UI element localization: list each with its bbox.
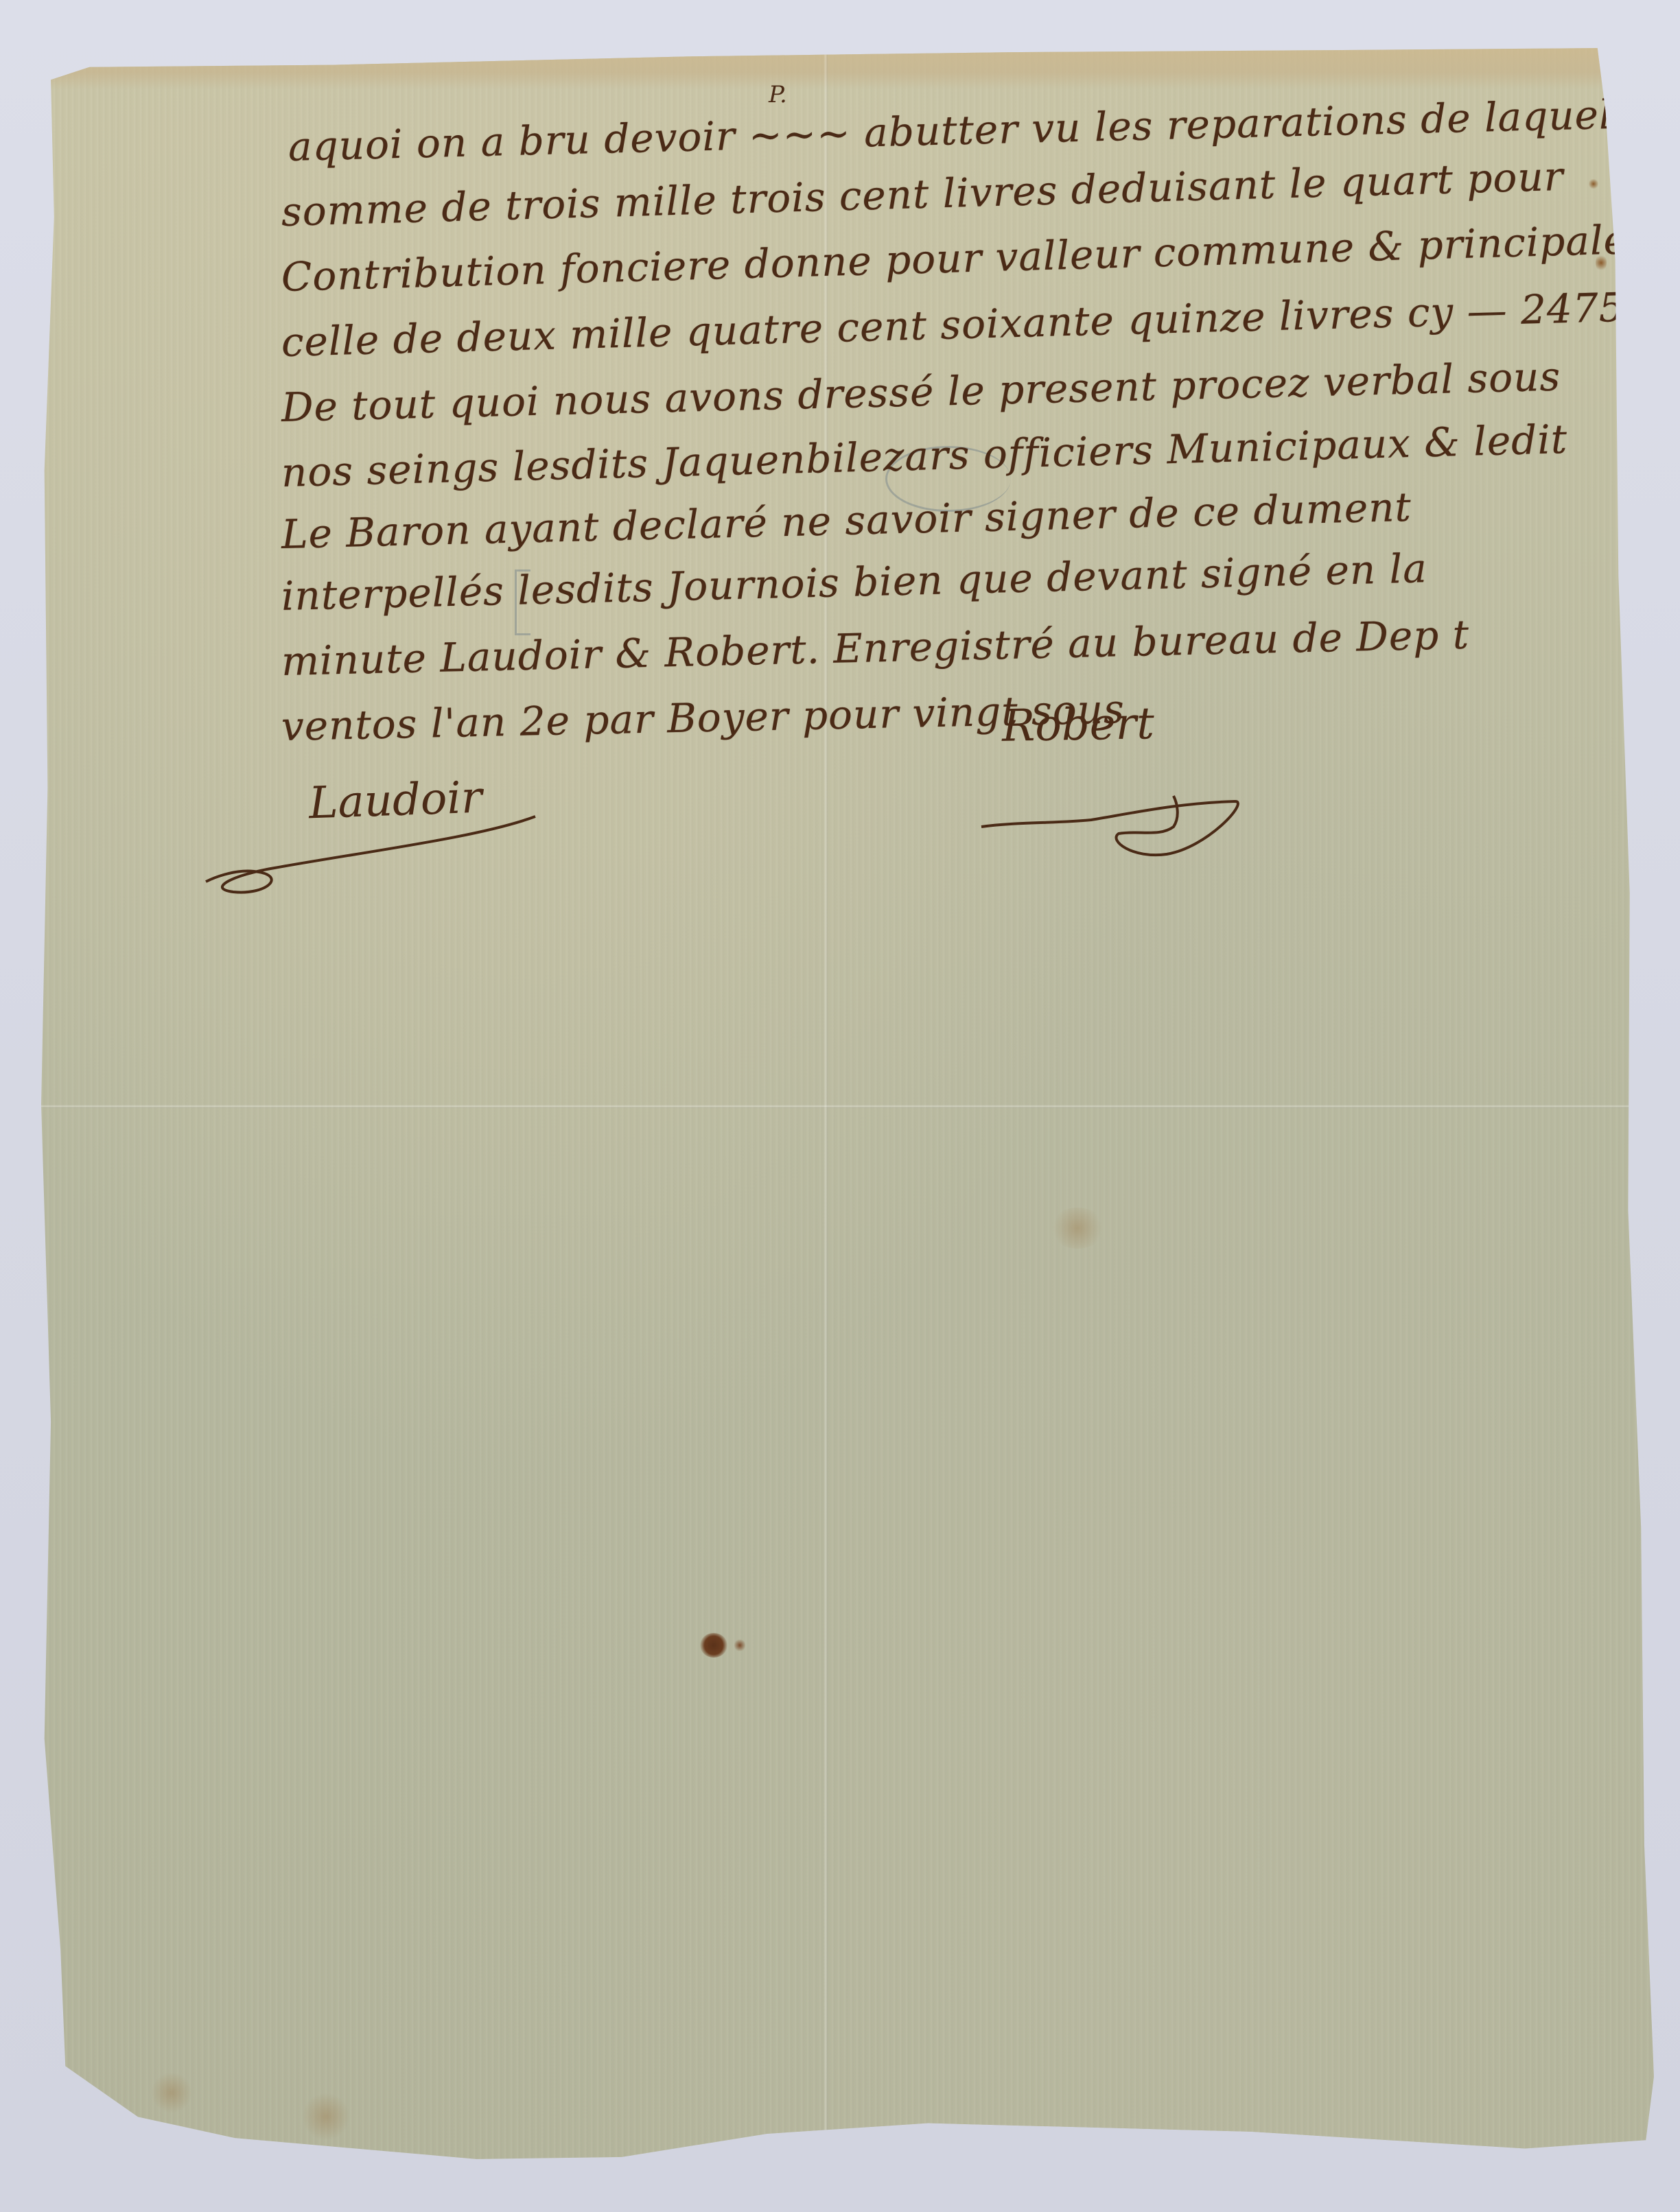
manuscript-paper: P. aquoi on a bru devoir ~~~ abutter vu … — [41, 48, 1654, 2161]
manuscript-line-7: Le Baron ayant declaré ne savoir signer … — [281, 484, 1412, 558]
manuscript-line-5: De tout quoi nous avons dressé le presen… — [281, 353, 1561, 431]
manuscript-line-4: celle de deux mille quatre cent soixante… — [281, 283, 1652, 366]
signature-flourish-robert — [975, 775, 1263, 871]
signature-flourish-laudoir — [192, 803, 549, 899]
manuscript-text-block: P. aquoi on a bru devoir ~~~ abutter vu … — [41, 48, 1654, 2161]
manuscript-line-8: interpellés lesdits Journois bien que de… — [281, 545, 1427, 620]
signature-robert: Robert — [1001, 698, 1154, 752]
interlinear-insertion: P. — [769, 81, 787, 108]
manuscript-line-9: minute Laudoir & Robert. Enregistré au b… — [281, 611, 1469, 685]
manuscript-line-10: ventos l'an 2e par Boyer pour vingt sous — [281, 685, 1125, 750]
